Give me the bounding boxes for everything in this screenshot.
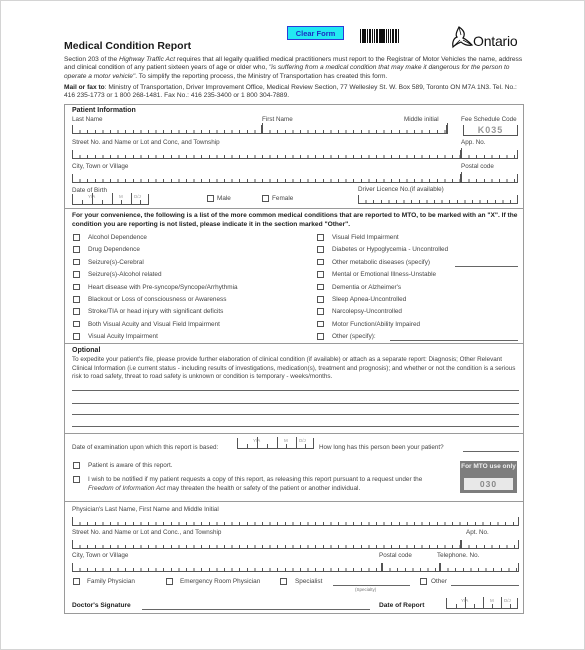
emergency-physician-checkbox[interactable] xyxy=(166,578,173,585)
month-hint: M xyxy=(284,438,288,443)
specialist-label: Specialist xyxy=(295,578,322,585)
physician-telephone-field[interactable] xyxy=(440,563,519,572)
condition-label: Visual Field Impairment xyxy=(332,234,399,241)
female-checkbox[interactable] xyxy=(262,195,269,202)
exam-date-field[interactable]: Y/A M D/J xyxy=(237,438,314,449)
fee-schedule-code-value: K035 xyxy=(463,125,518,136)
physician-apt-field[interactable] xyxy=(461,540,519,549)
physician-street-label: Street No. and Name or Lot and Conc., an… xyxy=(72,529,221,536)
month-hint: M xyxy=(119,194,123,199)
postal-code-label: Postal code xyxy=(461,163,494,170)
mto-use-only-box: For MTO use only 030 xyxy=(460,461,517,493)
day-hint: D/J xyxy=(504,598,511,603)
specialist-checkbox[interactable] xyxy=(280,578,287,585)
other-condition-specify-field[interactable] xyxy=(390,340,518,341)
date-of-report-field[interactable]: Y/A M D/J xyxy=(446,598,518,609)
last-name-field[interactable] xyxy=(72,125,262,134)
condition-left-checkbox-5[interactable] xyxy=(73,296,80,303)
ontario-logo: Ontario xyxy=(451,25,531,53)
date-of-report-label: Date of Report xyxy=(379,602,424,609)
male-label: Male xyxy=(217,195,231,202)
condition-label: Seizure(s)-Cerebral xyxy=(88,259,144,266)
month-hint: M xyxy=(490,598,494,603)
condition-right-checkbox-0[interactable] xyxy=(317,234,324,241)
fee-schedule-label: Fee Schedule Code xyxy=(461,116,517,123)
patient-aware-checkbox[interactable] xyxy=(73,462,80,469)
examination-section: Date of examination upon which this repo… xyxy=(64,433,524,501)
condition-left-checkbox-1[interactable] xyxy=(73,246,80,253)
condition-label: Sleep Apnea-Uncontrolled xyxy=(332,296,406,303)
mto-label: For MTO use only xyxy=(460,463,517,470)
last-name-label: Last Name xyxy=(72,116,102,123)
licence-field[interactable] xyxy=(358,195,518,204)
condition-label: Dementia or Alzheimer's xyxy=(332,284,401,291)
licence-label: Driver Licence No.(if available) xyxy=(358,186,444,193)
page-title: Medical Condition Report xyxy=(64,40,191,52)
family-physician-label: Family Physician xyxy=(87,578,135,585)
mto-value: 030 xyxy=(464,478,513,490)
optional-section: Optional To expedite your patient's file… xyxy=(64,343,524,433)
condition-right-checkbox-6[interactable] xyxy=(317,308,324,315)
condition-label: Other (specify): xyxy=(332,333,376,340)
app-no-field[interactable] xyxy=(461,150,518,159)
condition-left-checkbox-2[interactable] xyxy=(73,259,80,266)
condition-right-checkbox-2[interactable] xyxy=(317,259,324,266)
physician-name-field[interactable] xyxy=(72,517,519,526)
other-physician-checkbox[interactable] xyxy=(420,578,427,585)
condition-right-checkbox-3[interactable] xyxy=(317,271,324,278)
middle-initial-label: Middle initial xyxy=(404,116,439,123)
condition-label: Heart disease with Pre-syncope/Syncope/A… xyxy=(88,284,238,291)
patient-information-section: Patient Information Last Name First Name… xyxy=(64,104,524,208)
emergency-physician-label: Emergency Room Physician xyxy=(180,578,260,585)
day-hint: D/J xyxy=(134,194,141,199)
trillium-icon xyxy=(451,25,475,51)
specialty-hint: (Specialty) xyxy=(355,587,376,592)
exam-date-label: Date of examination upon which this repo… xyxy=(72,444,218,451)
street-label: Street No. and Name or Lot and Conc, and… xyxy=(72,139,220,146)
condition-label: Diabetes or Hypoglycemia - Uncontrolled xyxy=(332,246,448,253)
condition-right-checkbox-8[interactable] xyxy=(317,333,324,340)
signature-label: Doctor's Signature xyxy=(72,602,131,609)
section-heading: Patient Information xyxy=(72,107,136,114)
physician-city-field[interactable] xyxy=(72,563,382,572)
notify-label: I wish to be notified if my patient requ… xyxy=(88,476,438,493)
condition-right-checkbox-7[interactable] xyxy=(317,321,324,328)
condition-label: Blackout or Loss of consciousness or Awa… xyxy=(88,296,226,303)
physician-postal-field[interactable] xyxy=(382,563,440,572)
optional-heading: Optional xyxy=(72,347,100,354)
condition-label: Visual Acuity Impairment xyxy=(88,333,158,340)
condition-left-checkbox-8[interactable] xyxy=(73,333,80,340)
condition-label: Mental or Emotional Illness-Unstable xyxy=(332,271,436,278)
notes-line-2[interactable] xyxy=(72,403,519,404)
optional-text: To expedite your patient's file, please … xyxy=(72,356,522,382)
male-checkbox[interactable] xyxy=(207,195,214,202)
physician-postal-label: Postal code xyxy=(379,552,412,559)
how-long-field[interactable] xyxy=(463,451,519,452)
field-divider xyxy=(461,148,462,159)
field-divider xyxy=(262,123,263,134)
notify-checkbox[interactable] xyxy=(73,476,80,483)
condition-label: Seizure(s)-Alcohol related xyxy=(88,271,162,278)
female-label: Female xyxy=(272,195,293,202)
how-long-label: How long has this person been your patie… xyxy=(319,444,444,451)
physician-section: Physician's Last Name, First Name and Mi… xyxy=(64,501,524,614)
conditions-intro: For your convenience, the following is a… xyxy=(72,212,520,229)
first-name-label: First Name xyxy=(262,116,293,123)
physician-telephone-label: Telephone. No. xyxy=(437,552,479,559)
specialty-field[interactable] xyxy=(333,585,410,586)
other-physician-label: Other xyxy=(431,578,447,585)
physician-name-label: Physician's Last Name, First Name and Mi… xyxy=(72,506,219,513)
condition-left-checkbox-6[interactable] xyxy=(73,308,80,315)
condition-label: Narcolepsy-Uncontrolled xyxy=(332,308,402,315)
street-field[interactable] xyxy=(72,150,461,159)
condition-label: Alcohol Dependence xyxy=(88,234,147,241)
condition-right-checkbox-1[interactable] xyxy=(317,246,324,253)
notes-line-4[interactable] xyxy=(72,426,519,427)
condition-label: Other metabolic diseases (specify) xyxy=(332,259,430,266)
field-divider xyxy=(461,172,462,183)
postal-code-field[interactable] xyxy=(461,174,518,183)
condition-label: Motor Function/Ability Impaired xyxy=(332,321,420,328)
clear-form-button[interactable]: Clear Form xyxy=(287,26,344,40)
patient-aware-label: Patient is aware of this report. xyxy=(88,462,173,469)
family-physician-checkbox[interactable] xyxy=(73,578,80,585)
other-physician-field[interactable] xyxy=(451,585,519,586)
intro-paragraph: Section 203 of the Highway Traffic Act r… xyxy=(64,56,524,81)
condition-right-checkbox-5[interactable] xyxy=(317,296,324,303)
app-no-label: App. No. xyxy=(461,139,486,146)
field-divider xyxy=(447,123,448,134)
city-field[interactable] xyxy=(72,174,461,183)
logo-text: Ontario xyxy=(473,33,518,49)
physician-city-label: City, Town or Village xyxy=(72,552,128,559)
condition-left-checkbox-0[interactable] xyxy=(73,234,80,241)
condition-label: Stroke/TIA or head injury with significa… xyxy=(88,308,223,315)
city-label: City, Town or Village xyxy=(72,163,128,170)
notes-line-3[interactable] xyxy=(72,414,519,415)
condition-left-checkbox-7[interactable] xyxy=(73,321,80,328)
first-name-field[interactable] xyxy=(262,125,447,134)
condition-left-checkbox-4[interactable] xyxy=(73,284,80,291)
conditions-section: For your convenience, the following is a… xyxy=(64,208,524,343)
mail-to-paragraph: Mail or fax to: Ministry of Transportati… xyxy=(64,84,524,101)
barcode-icon xyxy=(360,29,400,43)
signature-field[interactable] xyxy=(142,609,370,610)
condition-label: Drug Dependence xyxy=(88,246,140,253)
physician-apt-label: Apt. No. xyxy=(466,529,489,536)
other-metabolic-specify-field[interactable] xyxy=(455,266,518,267)
dob-label: Date of Birth xyxy=(72,187,107,194)
condition-label: Both Visual Acuity and Visual Field Impa… xyxy=(88,321,220,328)
condition-left-checkbox-3[interactable] xyxy=(73,271,80,278)
day-hint: D/J xyxy=(299,438,306,443)
physician-street-field[interactable] xyxy=(72,540,461,549)
notes-line-1[interactable] xyxy=(72,390,519,391)
dob-field[interactable]: Y/A M D/J xyxy=(72,194,149,205)
condition-right-checkbox-4[interactable] xyxy=(317,284,324,291)
